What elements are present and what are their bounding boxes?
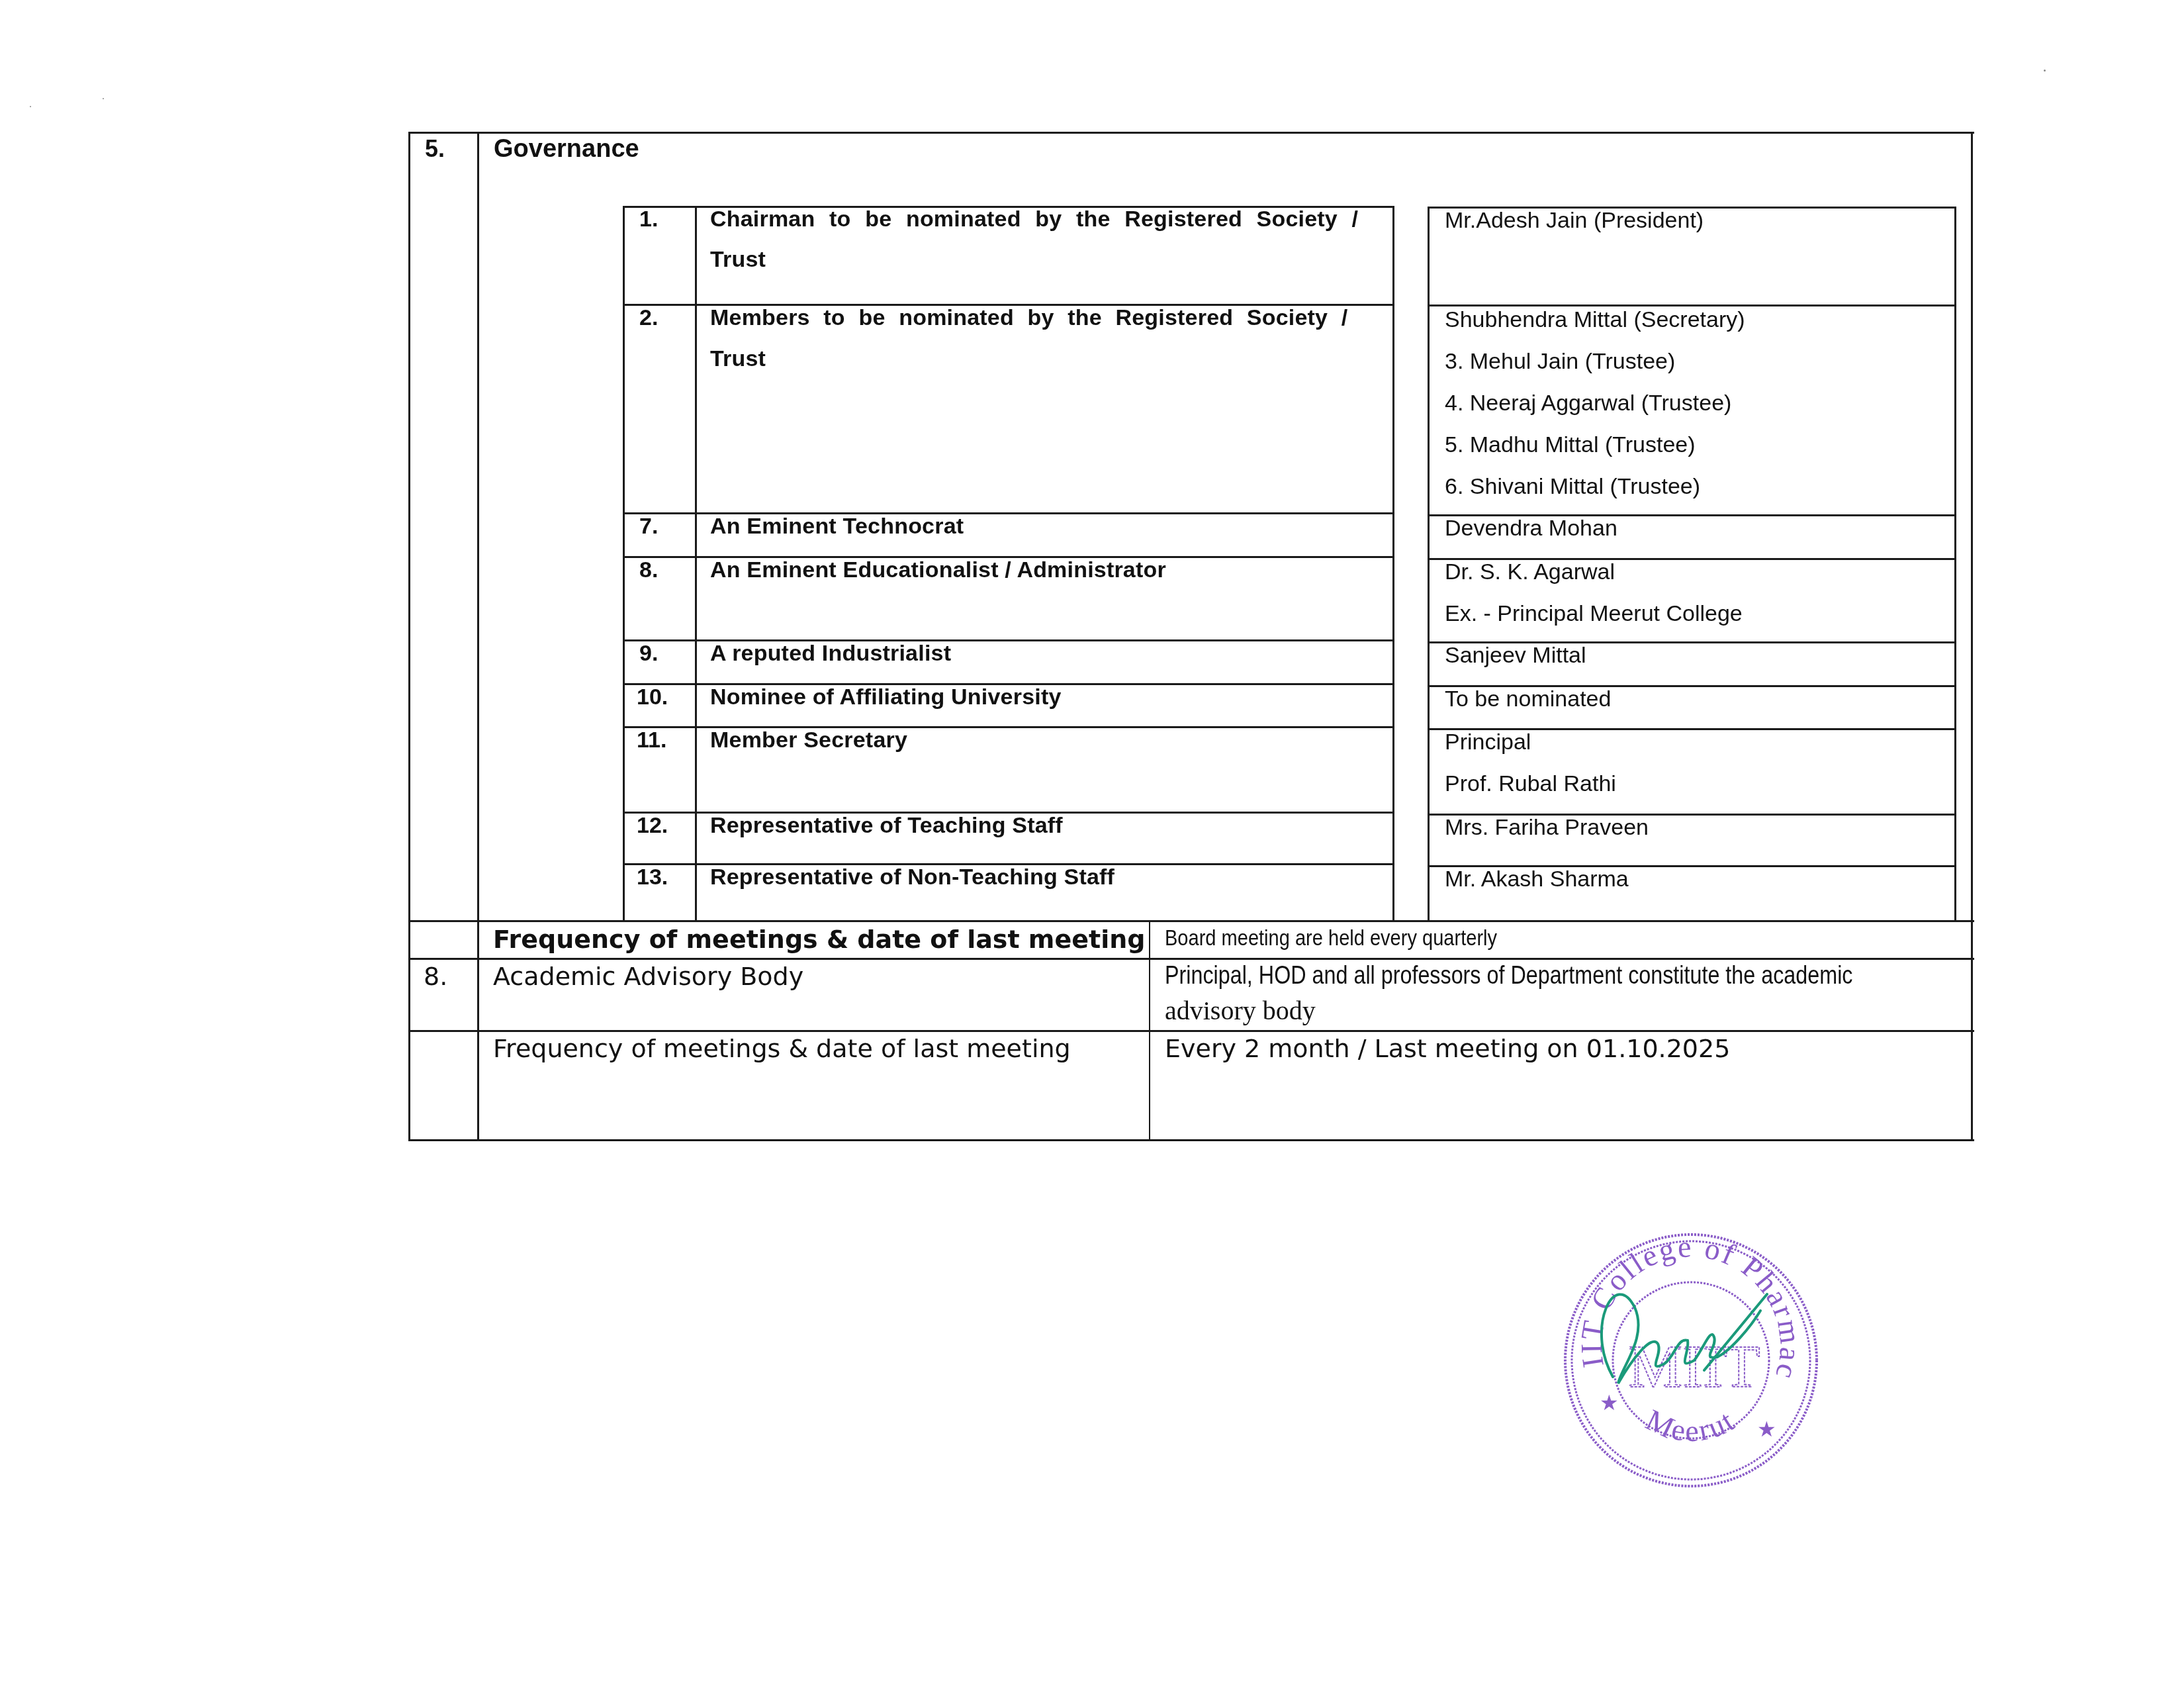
scan-speck — [2044, 70, 2046, 71]
section-number: 5. — [425, 135, 445, 163]
row-value: Sanjeev Mittal — [1445, 643, 1586, 669]
row-line — [409, 920, 1974, 922]
row-number: 9. — [639, 641, 658, 667]
row-value: Mr.Adesh Jain (President) — [1445, 208, 1704, 234]
table-border-bottom — [409, 1139, 1974, 1141]
inner-row-line — [1428, 305, 1956, 306]
row-role: Member Secretary — [710, 727, 907, 753]
section-title: Governance — [494, 135, 639, 164]
row-role: Members to be nominated by the Registere… — [710, 305, 1348, 331]
row-line — [409, 958, 1974, 960]
college-seal-stamp: MIIT College of Pharmacy Meerut ★ ★ MIIT — [1559, 1228, 1823, 1493]
row-number: 12. — [637, 813, 668, 839]
row-role: Chairman to be nominated by the Register… — [710, 207, 1358, 232]
row-value: 3. Mehul Jain (Trustee) — [1445, 349, 1675, 375]
row-number: 11. — [637, 727, 666, 753]
row-value: To be nominated — [1445, 686, 1611, 712]
svg-text:Meerut: Meerut — [1641, 1403, 1741, 1448]
row-role: An Eminent Educationalist / Administrato… — [710, 557, 1166, 583]
row-role: Nominee of Affiliating University — [710, 684, 1062, 710]
row-number: 8. — [639, 557, 658, 583]
row-number: 10. — [637, 684, 668, 710]
row-number: 2. — [639, 305, 658, 331]
row-value: Mr. Akash Sharma — [1445, 867, 1629, 892]
row-number: 13. — [637, 865, 668, 890]
row-role-continued: Trust — [710, 346, 766, 372]
row-value: 4. Neeraj Aggarwal (Trustee) — [1445, 391, 1731, 416]
row-value: Shubhendra Mittal (Secretary) — [1445, 307, 1745, 333]
row-role: Representative of Teaching Staff — [710, 813, 1063, 839]
section-number: 8. — [424, 962, 447, 991]
row-value: 5. Madhu Mittal (Trustee) — [1445, 432, 1696, 458]
row-number: 1. — [639, 207, 658, 232]
row-value: Principal — [1445, 729, 1531, 755]
frequency-label: Frequency of meetings & date of last mee… — [493, 925, 1145, 954]
inner-num-divider — [695, 207, 697, 921]
row-role: An Eminent Technocrat — [710, 514, 964, 539]
row-value: Prof. Rubal Rathi — [1445, 771, 1616, 797]
table-border-right — [1971, 132, 1973, 1141]
section-value-continued: advisory body — [1165, 995, 1316, 1026]
row-role-continued: Trust — [710, 247, 766, 273]
value-column-divider — [1149, 921, 1150, 1140]
row-value: Devendra Mohan — [1445, 516, 1617, 541]
row-value: 6. Shivani Mittal (Trustee) — [1445, 474, 1700, 500]
seal-icon: MIIT College of Pharmacy Meerut ★ ★ MIIT — [1559, 1228, 1823, 1493]
row-role: A reputed Industrialist — [710, 641, 951, 667]
number-column-divider — [477, 132, 479, 1141]
inner-role-divider — [1392, 207, 1394, 921]
table-border-top — [409, 132, 1974, 134]
row-value: Mrs. Fariha Praveen — [1445, 815, 1649, 841]
row-value: Ex. - Principal Meerut College — [1445, 601, 1743, 627]
inner-border-left — [623, 207, 625, 921]
row-value: Dr. S. K. Agarwal — [1445, 559, 1615, 585]
scan-speck — [103, 98, 104, 99]
section-title: Academic Advisory Body — [493, 962, 803, 991]
section-value: Principal, HOD and all professors of Dep… — [1165, 962, 1852, 990]
svg-text:★: ★ — [1757, 1417, 1776, 1442]
frequency-label: Frequency of meetings & date of last mee… — [493, 1034, 1071, 1063]
frequency-value: Every 2 month / Last meeting on 01.10.20… — [1165, 1034, 1730, 1063]
row-number: 7. — [639, 514, 658, 539]
row-role: Representative of Non-Teaching Staff — [710, 865, 1115, 890]
frequency-value: Board meeting are held every quarterly — [1165, 925, 1497, 951]
table-border-left — [408, 132, 410, 1141]
row-line — [409, 1030, 1974, 1032]
svg-text:★: ★ — [1600, 1390, 1619, 1415]
scan-speck — [30, 106, 31, 107]
